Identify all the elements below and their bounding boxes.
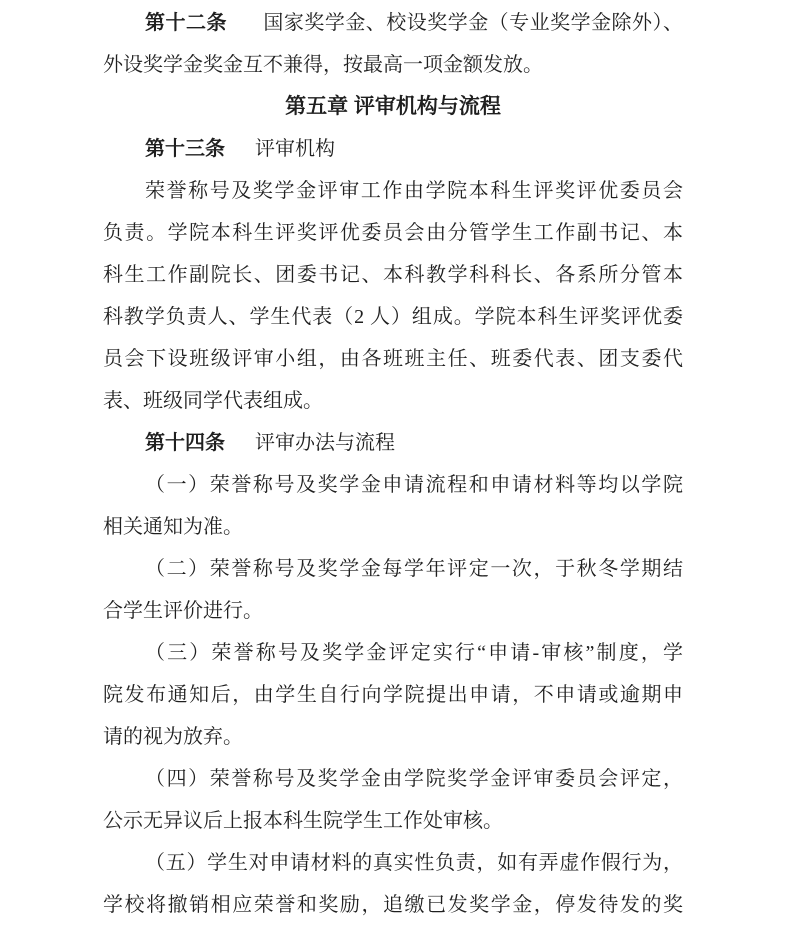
document-page: 第十二条国家奖学金、校设奖学金（专业奖学金除外）、 外设奖学金奖金互不兼得，按最… (0, 0, 799, 931)
text-line: 合学生评价进行。 (103, 600, 263, 622)
article-13-paragraph-line: 表、班级同学代表组成。 (103, 380, 683, 422)
label-gap (225, 448, 255, 449)
article-13-paragraph-line: 荣誉称号及奖学金评审工作由学院本科生评奖评优委员会 (103, 170, 683, 212)
item-3-line: （三）荣誉称号及奖学金评定实行“申请-审核”制度，学 (103, 632, 683, 674)
article-13-paragraph-line: 员会下设班级评审小组，由各班班主任、班委代表、团支委代 (103, 338, 683, 380)
item-4-line: （四）荣誉称号及奖学金由学院奖学金评审委员会评定， (103, 758, 683, 800)
text-line: （五）学生对申请材料的真实性负责，如有弄虚作假行为， (145, 852, 683, 874)
text-line: （二）荣誉称号及奖学金每学年评定一次，于秋冬学期结 (145, 558, 683, 580)
item-3-line: 请的视为放弃。 (103, 716, 683, 758)
text-line: 负责。学院本科生评奖评优委员会由分管学生工作副书记、本 (103, 222, 683, 244)
item-4-line: 公示无异议后上报本科生院学生工作处审核。 (103, 800, 683, 842)
item-5-line: （五）学生对申请材料的真实性负责，如有弄虚作假行为， (103, 842, 683, 884)
text-line: 员会下设班级评审小组，由各班班主任、班委代表、团支委代 (103, 348, 683, 370)
text-line: 科教学负责人、学生代表（2 人）组成。学院本科生评奖评优委 (103, 306, 683, 328)
text-line: 学校将撤销相应荣誉和奖励，追缴已发奖学金，停发待发的奖 (103, 894, 683, 916)
article-12-number-label: 第十二条 (145, 12, 227, 34)
item-2-line: 合学生评价进行。 (103, 590, 683, 632)
article-14-title-text: 评审办法与流程 (255, 432, 395, 454)
article-12-text: 国家奖学金、校设奖学金（专业奖学金除外）、 (263, 12, 683, 34)
text-line: 院发布通知后，由学生自行向学院提出申请，不申请或逾期申 (103, 684, 683, 706)
article-13-title-text: 评审机构 (255, 138, 335, 160)
article-13-paragraph-line: 负责。学院本科生评奖评优委员会由分管学生工作副书记、本 (103, 212, 683, 254)
text-line: 请的视为放弃。 (103, 726, 243, 748)
article-12-continuation-line: 外设奖学金奖金互不兼得，按最高一项金额发放。 (103, 44, 683, 86)
text-line: 公示无异议后上报本科生院学生工作处审核。 (103, 810, 503, 832)
item-3-line: 院发布通知后，由学生自行向学院提出申请，不申请或逾期申 (103, 674, 683, 716)
article-12-opening-line: 第十二条国家奖学金、校设奖学金（专业奖学金除外）、 (103, 2, 683, 44)
text-line: 荣誉称号及奖学金评审工作由学院本科生评奖评优委员会 (145, 180, 683, 202)
item-5-line: 学校将撤销相应荣誉和奖励，追缴已发奖学金，停发待发的奖 (103, 884, 683, 926)
text-line: 外设奖学金奖金互不兼得，按最高一项金额发放。 (103, 54, 543, 76)
text-line: 科生工作副院长、团委书记、本科教学科科长、各系所分管本 (103, 264, 683, 286)
article-13-paragraph-line: 科教学负责人、学生代表（2 人）组成。学院本科生评奖评优委 (103, 296, 683, 338)
article-14-title-line: 第十四条评审办法与流程 (103, 422, 683, 464)
text-line: 表、班级同学代表组成。 (103, 390, 323, 412)
item-1-line: 相关通知为准。 (103, 506, 683, 548)
text-line: （四）荣誉称号及奖学金由学院奖学金评审委员会评定， (145, 768, 683, 790)
article-13-paragraph-line: 科生工作副院长、团委书记、本科教学科科长、各系所分管本 (103, 254, 683, 296)
article-13-title-line: 第十三条评审机构 (103, 128, 683, 170)
article-14-number-label: 第十四条 (145, 432, 225, 454)
item-2-line: （二）荣誉称号及奖学金每学年评定一次，于秋冬学期结 (103, 548, 683, 590)
text-line: 相关通知为准。 (103, 516, 243, 538)
text-line: （一）荣誉称号及奖学金申请流程和申请材料等均以学院 (145, 474, 683, 496)
text-line: （三）荣誉称号及奖学金评定实行“申请-审核”制度，学 (145, 642, 683, 664)
label-gap (227, 28, 263, 29)
label-gap (225, 154, 255, 155)
chapter-5-heading: 第五章 评审机构与流程 (103, 86, 683, 128)
article-13-number-label: 第十三条 (145, 138, 225, 160)
item-1-line: （一）荣誉称号及奖学金申请流程和申请材料等均以学院 (103, 464, 683, 506)
